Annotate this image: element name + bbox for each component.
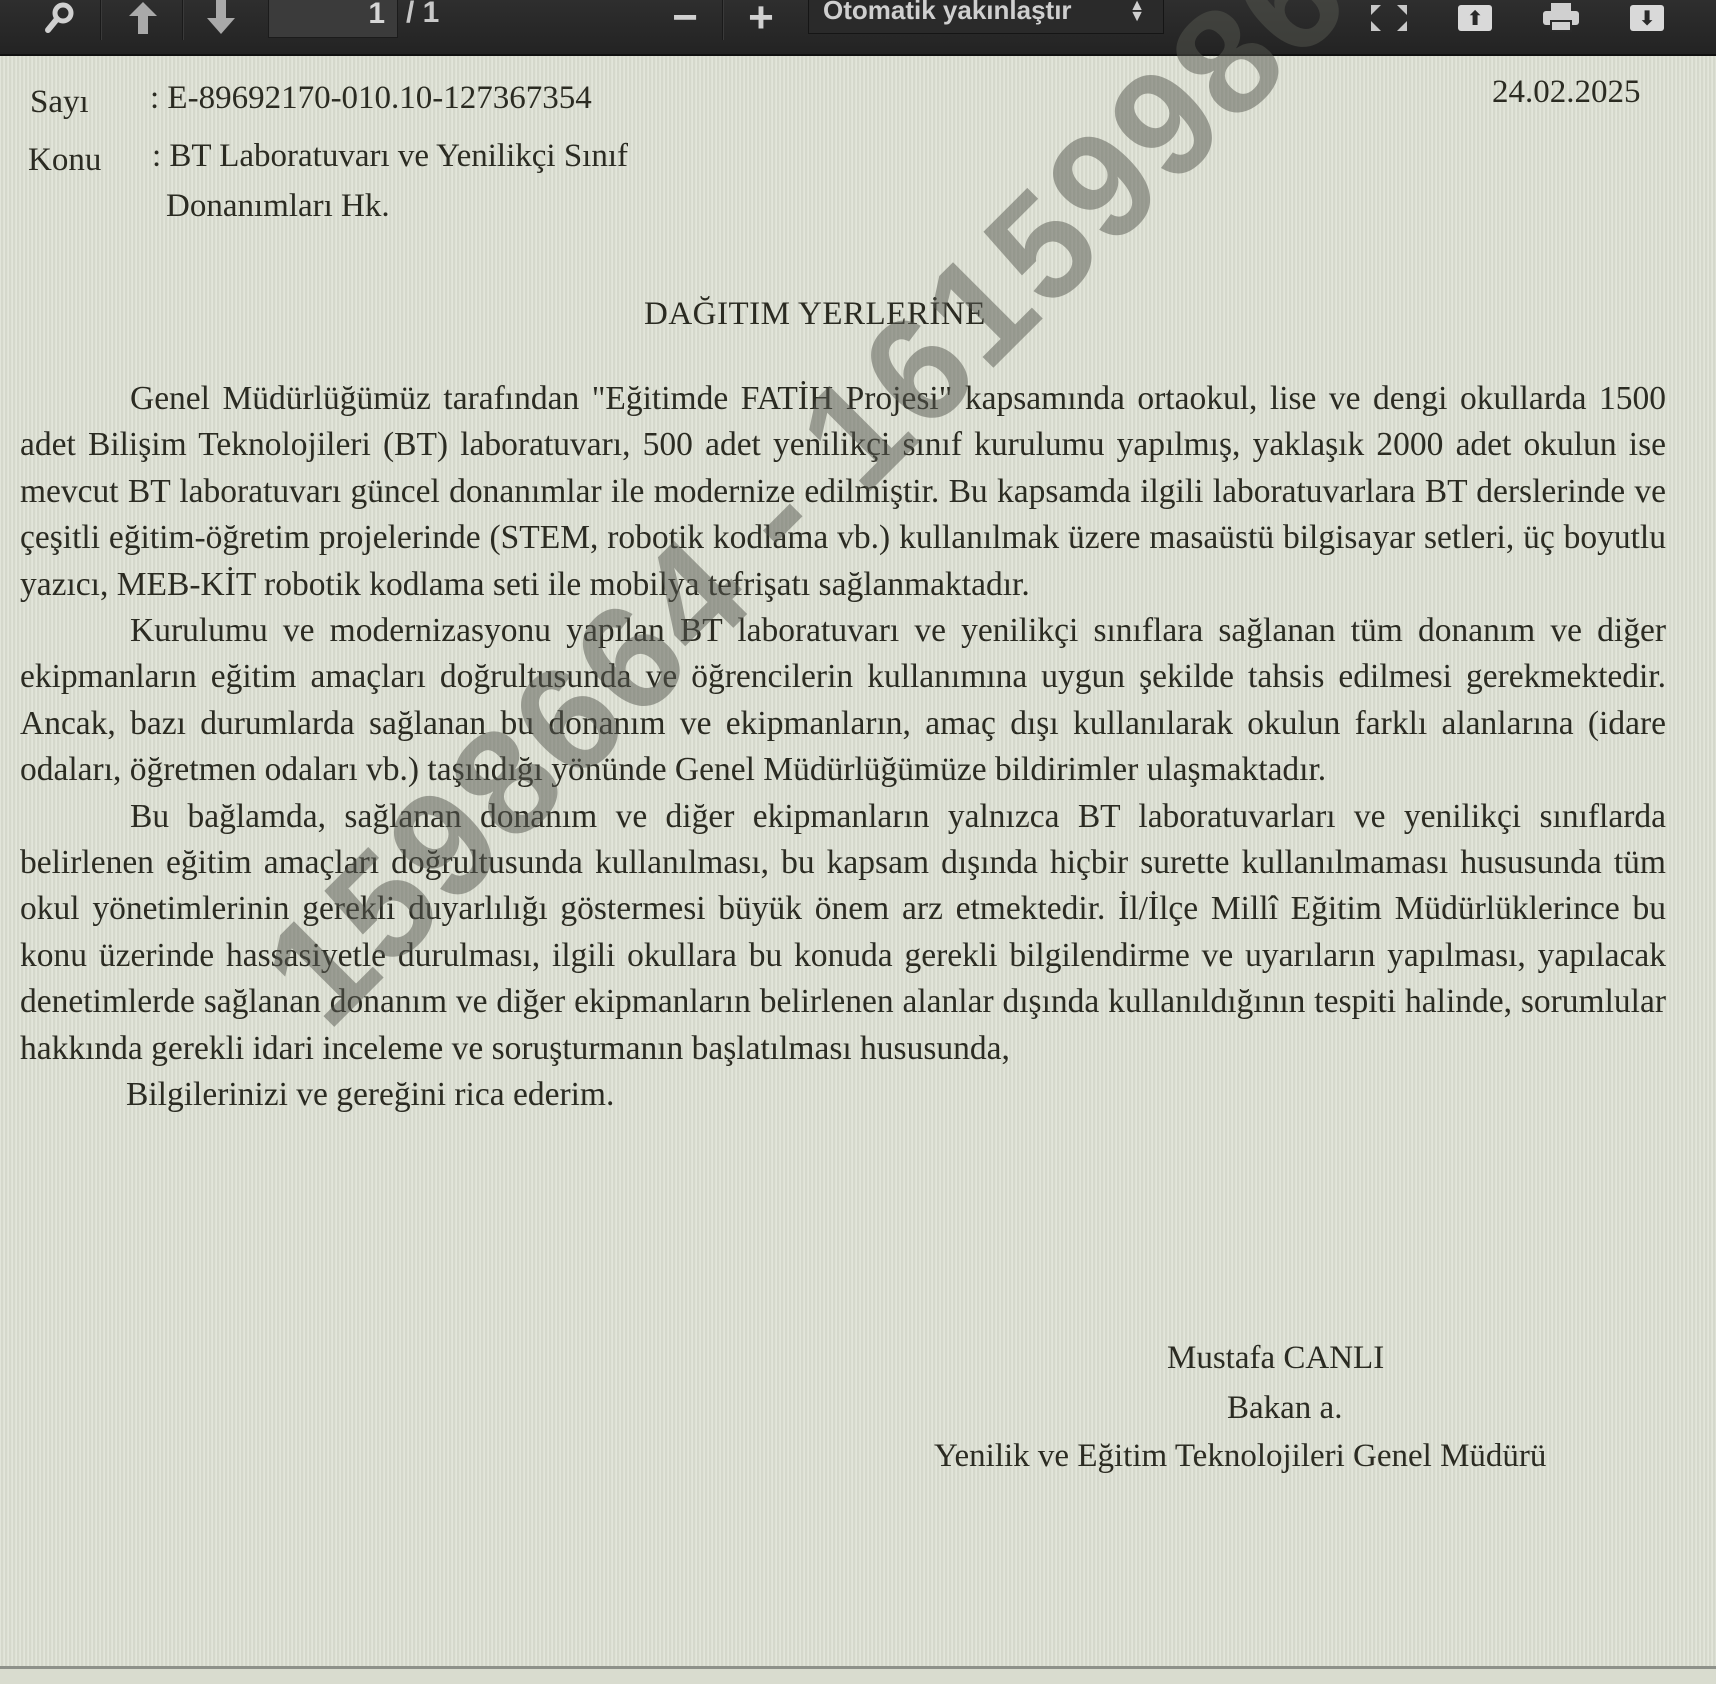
zoom-out-button[interactable]: − bbox=[660, 0, 710, 36]
arrow-down-icon bbox=[203, 0, 239, 36]
paragraph: Genel Müdürlüğümüz tarafından "Eğitimde … bbox=[20, 376, 1666, 608]
zoom-level-select[interactable]: Otomatik yakınlaştır ▲▼ bbox=[808, 0, 1164, 34]
addressee-heading: DAĞITIM YERLERİNE bbox=[644, 298, 986, 331]
plus-icon: + bbox=[748, 3, 774, 33]
subject-line-1: : BT Laboratuvarı ve Yenilikçi Sınıf bbox=[152, 140, 628, 173]
next-page-button[interactable] bbox=[196, 0, 246, 36]
letter-body: Genel Müdürlüğümüz tarafından "Eğitimde … bbox=[20, 376, 1666, 1119]
arrow-up-icon bbox=[125, 0, 161, 36]
toolbar-divider bbox=[182, 0, 183, 40]
document-number: : E-89692170-010.10-127367354 bbox=[150, 82, 592, 115]
toolbar-divider bbox=[100, 0, 101, 40]
print-icon bbox=[1541, 3, 1581, 33]
document-date: 24.02.2025 bbox=[1492, 76, 1641, 109]
zoom-in-button[interactable]: + bbox=[736, 0, 786, 36]
zoom-level-value: Otomatik yakınlaştır bbox=[823, 0, 1072, 25]
konu-label: Konu bbox=[28, 144, 101, 177]
page-count: / 1 bbox=[406, 0, 439, 30]
print-button[interactable] bbox=[1536, 0, 1586, 36]
subject-line-2: Donanımları Hk. bbox=[166, 190, 390, 223]
open-file-button[interactable]: ⬆ bbox=[1450, 0, 1500, 36]
pdf-viewer-toolbar: 1 / 1 − + Otomatik yakınlaştır ▲▼ ⬆ ⬇ bbox=[0, 0, 1716, 56]
presentation-mode-button[interactable] bbox=[1364, 0, 1414, 36]
select-caret-icon: ▲▼ bbox=[1129, 0, 1145, 22]
paragraph: Kurulumu ve modernizasyonu yapılan BT la… bbox=[20, 608, 1666, 794]
download-icon: ⬇ bbox=[1630, 5, 1664, 31]
sayi-label: Sayı bbox=[30, 86, 89, 119]
page-number-input[interactable]: 1 bbox=[268, 0, 398, 38]
page-bottom-edge bbox=[0, 1666, 1716, 1669]
signatory-name: Mustafa CANLI bbox=[1167, 1340, 1384, 1377]
signatory-title: Bakan a. bbox=[1227, 1390, 1342, 1427]
fullscreen-icon bbox=[1369, 3, 1409, 33]
closing-line: Bilgilerinizi ve gereğini rica ederim. bbox=[20, 1072, 1666, 1118]
download-button[interactable]: ⬇ bbox=[1622, 0, 1672, 36]
signatory-department: Yenilik ve Eğitim Teknolojileri Genel Mü… bbox=[934, 1438, 1546, 1475]
minus-icon: − bbox=[672, 3, 698, 33]
pdf-page: Sayı : E-89692170-010.10-127367354 Konu … bbox=[0, 56, 1716, 1666]
search-button[interactable] bbox=[36, 0, 84, 36]
paragraph: Bu bağlamda, sağlanan donanım ve diğer e… bbox=[20, 794, 1666, 1072]
open-file-icon: ⬆ bbox=[1458, 5, 1492, 31]
toolbar-divider bbox=[722, 0, 723, 40]
search-icon bbox=[43, 1, 77, 35]
previous-page-button[interactable] bbox=[118, 0, 168, 36]
